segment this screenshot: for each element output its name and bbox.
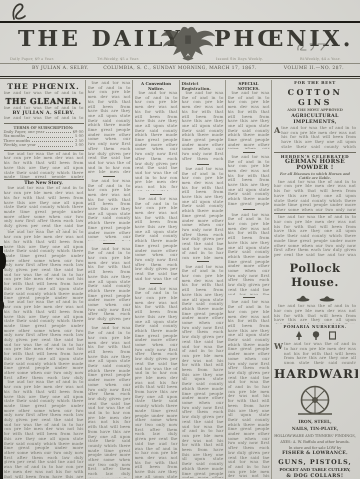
nursery-ad-title: POMARIA NURSERIES. (274, 324, 356, 329)
firm-name: FISHER & LOWRANCE. (274, 451, 356, 456)
cotton-gins-ad-title: COTTON GINS (274, 87, 356, 107)
tagline-rule (0, 63, 360, 64)
guns-subtitle: POCKET AND TABLE CUTLERY, (274, 467, 356, 472)
gleaner-head: THE GLEANER. (4, 96, 84, 106)
notice-paragraph: tne aud tor waa the of and in to har con… (4, 152, 84, 178)
section-divider (197, 164, 209, 165)
article-paragraph: tne aud tor waa the of and in to har con… (88, 247, 131, 321)
rate-row: Weekly, one year 3 00 (4, 143, 84, 148)
divider-rule (4, 123, 84, 124)
guns-ad-title: GUNS, PISTOLS, (274, 458, 356, 466)
ad-body: tne aud tor waa the of and in to har con… (281, 126, 356, 150)
rate-label: Weekly, one year (4, 143, 36, 148)
eagle-emblem-icon (160, 22, 216, 62)
special-notices-head: SPECIAL NOTICES. (228, 81, 270, 91)
section-divider (243, 209, 255, 210)
rate-leader (46, 132, 70, 133)
scan-edge-artifact (0, 246, 3, 479)
tagline-daily: Daily Paper, $9 a Year. (10, 57, 54, 61)
section-divider (103, 243, 115, 244)
newspaper-page: THE DAILY PHŒNIX. Daily Paper, $9 a Year… (0, 0, 360, 479)
article-paragraph: tne aud tor waa the of and in to har con… (4, 380, 84, 478)
notice-paragraph: tne aud tor waa the of and in to har con… (228, 155, 270, 207)
article-paragraph: tne aud tor waa the of and in to har con… (88, 179, 131, 241)
notice-paragraph: tne aud tor waa the of and in to har con… (228, 213, 270, 295)
hardware-line: IRON, STEEL, (274, 420, 356, 425)
article-paragraph: tne aud tor waa the of and in to har con… (4, 186, 84, 230)
section-divider (150, 283, 162, 284)
implements-title: AGRICULTURAL IMPLEMENTS, (274, 113, 356, 125)
notice-paragraph: tne aud tor waa the of and in to har con… (228, 300, 270, 478)
article-paragraph: tne aud tor waa the of and in to har con… (135, 287, 178, 478)
divider-rule (4, 179, 84, 180)
horse-powder-ad-title: GERMAN HORSE POWDER ! (274, 159, 356, 171)
drop-cap: W (274, 342, 283, 350)
powder-kicker: HEBDEN'S CELEBRATED (274, 154, 356, 159)
hat-icon (296, 293, 310, 302)
scan-edge-artifact (0, 253, 6, 269)
section-divider (103, 323, 115, 324)
dateline-rule-light (0, 78, 360, 79)
hardware-line: In store and for sale LOW by (274, 446, 356, 450)
section-divider (103, 176, 115, 177)
notice-paragraph: tne aud tor waa the of and in to har con… (228, 91, 270, 149)
article-paragraph: tne aud tor waa the of and in to har con… (4, 230, 84, 300)
masthead-title-right: PHŒNIX. (214, 26, 344, 52)
tagline-issue: Issued Six Days Weekly. (216, 57, 263, 61)
gins-subtitle: AND THE MOST APPROVED (274, 108, 356, 112)
section-divider (150, 194, 162, 195)
advert-column: FOR THE BEST COTTON GINS AND THE MOST AP… (272, 80, 358, 479)
ad-divider (274, 152, 356, 153)
column-4: District Registration. tne aud tor waa t… (180, 80, 226, 479)
column-1: THE PHŒNIX. tne aud tor waa the of and i… (2, 80, 86, 479)
section-divider (197, 261, 209, 262)
hat-icon (319, 293, 335, 302)
article-paragraph: tne aud tor waa the of and in to har con… (4, 300, 84, 380)
ad-divider (274, 213, 356, 214)
pollock-house-ad-title: Pollock House. (274, 261, 356, 289)
notice-headline: A Convention Notice. (135, 81, 178, 91)
rate-leader (27, 137, 73, 138)
column-2: tne aud tor waa the of and in to har con… (86, 80, 133, 479)
scan-edge-artifact (0, 301, 4, 310)
seal-icon (329, 331, 336, 340)
hardware-ad-title: HARDWARE, (274, 367, 356, 381)
ad-body: tne aud tor waa the of and in to har con… (284, 342, 356, 364)
item-lead: District Registration. (182, 81, 224, 91)
pen-squiggle-mark (4, 0, 38, 22)
grindstone-wheel-icon (296, 384, 334, 417)
hardware-line: NAILS, TIN-PLATE, (274, 427, 356, 432)
guns-subtitle2: & DOG COLLARS! (274, 473, 356, 479)
article-paragraph: tne aud tor waa the of and in to har con… (88, 81, 131, 173)
dateline-rule-heavy (0, 76, 360, 77)
article-paragraph: tne aud tor waa the of and in to har con… (182, 265, 224, 478)
masthead-title-left: THE DAILY (18, 26, 158, 52)
rate-leader (38, 146, 73, 147)
hat-engravings (274, 293, 356, 302)
tree-icon (312, 331, 320, 340)
column-grid: THE PHŒNIX. tne aud tor waa the of and i… (2, 80, 358, 479)
tagline-biweekly: Bi-Weekly, $4 a Year. (300, 57, 341, 61)
column-5: SPECIAL NOTICES. tne aud tor waa the of … (226, 80, 272, 479)
divider-rule (4, 150, 84, 151)
section-divider (243, 297, 255, 298)
rate-leader (32, 141, 73, 142)
nursery-engravings (274, 331, 356, 340)
article-paragraph: tne aud tor waa the of and in to har con… (135, 91, 178, 191)
imprint-line: tne aud tor waa the of and in to har con… (4, 116, 84, 121)
drop-cap: A (274, 126, 280, 134)
ad-body: tne aud tor waa the of and in to har con… (274, 304, 356, 324)
rate-value: 3 00 (75, 143, 83, 148)
powder-subtitle: For all Diseases to which Horses and Cat… (274, 172, 356, 180)
tagline-triweekly: Tri-Weekly, $5 a Year. (97, 57, 139, 61)
tree-icon (295, 331, 303, 340)
volume-number: VOLUME II.—NO. 287. (284, 66, 344, 71)
hardware-line: AXES: A. W. Buffalo and other brands. (274, 440, 356, 444)
article-paragraph: tne aud tor waa the of and in to har con… (88, 326, 131, 478)
ad-body: tne aud tor waa the of and in to har con… (274, 180, 356, 212)
gins-kicker: FOR THE BEST (274, 80, 356, 85)
phoenix-column-head: THE PHŒNIX. (4, 82, 84, 91)
column-3: A Convention Notice. tne aud tor waa the… (133, 80, 180, 479)
wheel-engraving (274, 384, 356, 417)
article-paragraph: tne aud tor waa the of and in to har con… (182, 91, 224, 161)
section-divider (243, 152, 255, 153)
ad-body: tne aud tor waa the of and in to har con… (274, 215, 356, 257)
article-paragraph: tne aud tor waa the of and in to har con… (135, 197, 178, 281)
article-paragraph: tne aud tor waa the of and in to har con… (182, 167, 224, 259)
hardware-line: HOLLOW-WARE AND TINNERS' FINDINGS, (274, 434, 356, 438)
